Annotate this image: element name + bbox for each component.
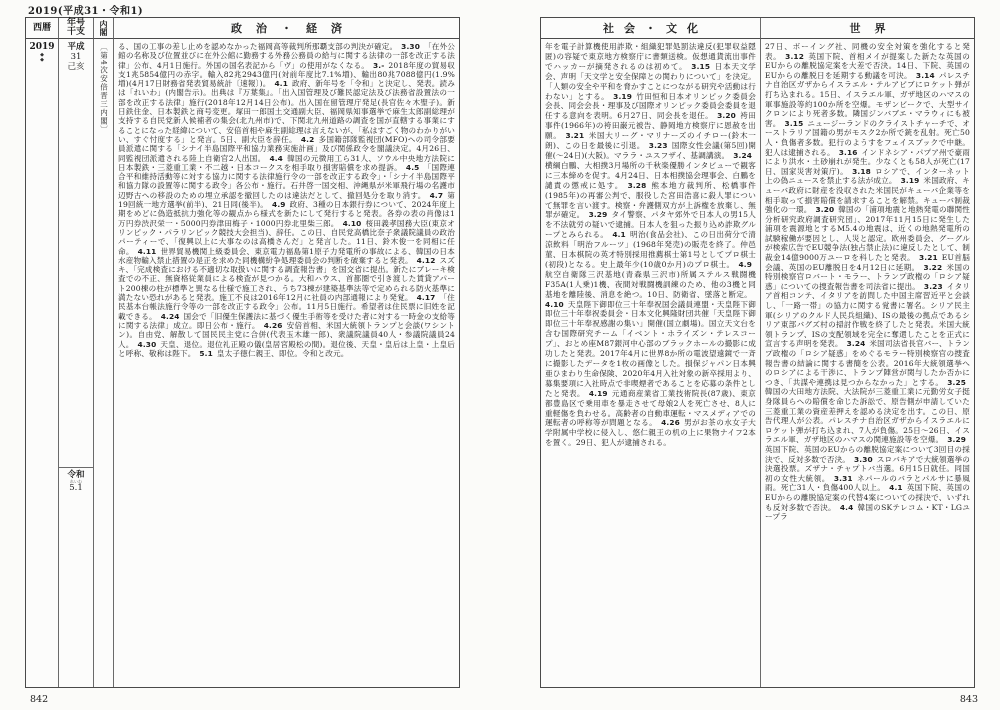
page-number-right: 843	[960, 694, 978, 705]
world-cell: 27日、ボーイング社、同機の安全対策を強化すると発表。 3.12 英国下院、首相…	[761, 39, 974, 687]
era-heisei-year: 31	[59, 52, 93, 62]
right-header-row: 社会・文化 世界	[541, 18, 974, 39]
header-nengo-line2: 干支	[67, 27, 85, 37]
header-nengo-eto: 年号 干支	[59, 18, 94, 39]
cabinet-name: 〔第4次安倍晋三内閣〕	[95, 43, 113, 687]
header-politics: 政治・経済	[114, 18, 459, 39]
header-naikaku-text: 内閣	[99, 20, 108, 36]
society-cell: 年を電子計算機使用詐欺・組織犯罪処罰法違反(犯罪収益隠匿)の容疑で東京地方検察庁…	[541, 39, 761, 687]
society-text: 年を電子計算機使用詐欺・組織犯罪処罰法違反(犯罪収益隠匿)の容疑で東京地方検察庁…	[541, 39, 760, 448]
header-seireki: 西暦	[26, 18, 59, 39]
politics-cell: る、国の工事の差し止めを認めなかった福岡高等裁判所那覇支部の判決が確定。 3.3…	[114, 39, 459, 687]
book-spread: { "title": "2019(平成31・令和1)", "left_page"…	[0, 0, 1000, 710]
year-value: 2019	[26, 42, 58, 52]
era-cell: 平成 31 己亥 令和 れいわ 5.1	[59, 39, 94, 687]
header-society: 社会・文化	[541, 18, 761, 39]
year-cell: 2019 ◆◆	[26, 39, 59, 687]
era-reiwa-date: 5.1	[69, 483, 83, 493]
left-body-row: 2019 ◆◆ 平成 31 己亥 令和 れいわ 5.1 〔第4次安倍晋三内閣〕 …	[26, 39, 459, 687]
header-world: 世界	[761, 18, 974, 39]
politics-text: る、国の工事の差し止めを認めなかった福岡高等裁判所那覇支部の判決が確定。 3.3…	[114, 39, 459, 358]
page-title: 2019(平成31・令和1)	[28, 2, 143, 17]
right-page-table: 社会・文化 世界 年を電子計算機使用詐欺・組織犯罪処罰法違反(犯罪収益隠匿)の容…	[540, 17, 975, 688]
era-heisei: 平成	[59, 42, 93, 52]
world-text: 27日、ボーイング社、同機の安全対策を強化すると発表。 3.12 英国下院、首相…	[761, 39, 974, 522]
year-span-arrow-icon: ◆◆	[26, 53, 58, 63]
header-naikaku: 内閣	[94, 18, 114, 39]
left-header-row: 西暦 年号 干支 内閣 政治・経済	[26, 18, 459, 39]
header-nengo-text: 年号 干支	[67, 19, 85, 37]
page-number-left: 842	[30, 694, 48, 705]
era-eto: 己亥	[59, 62, 93, 72]
era-reiwa-block: 令和 れいわ 5.1	[59, 467, 93, 493]
left-page-table: 西暦 年号 干支 内閣 政治・経済 2019 ◆◆ 平成 31 己亥 令和 れい…	[25, 17, 460, 688]
cabinet-cell: 〔第4次安倍晋三内閣〕	[94, 39, 114, 687]
right-body-row: 年を電子計算機使用詐欺・組織犯罪処罰法違反(犯罪収益隠匿)の容疑で東京地方検察庁…	[541, 39, 974, 687]
